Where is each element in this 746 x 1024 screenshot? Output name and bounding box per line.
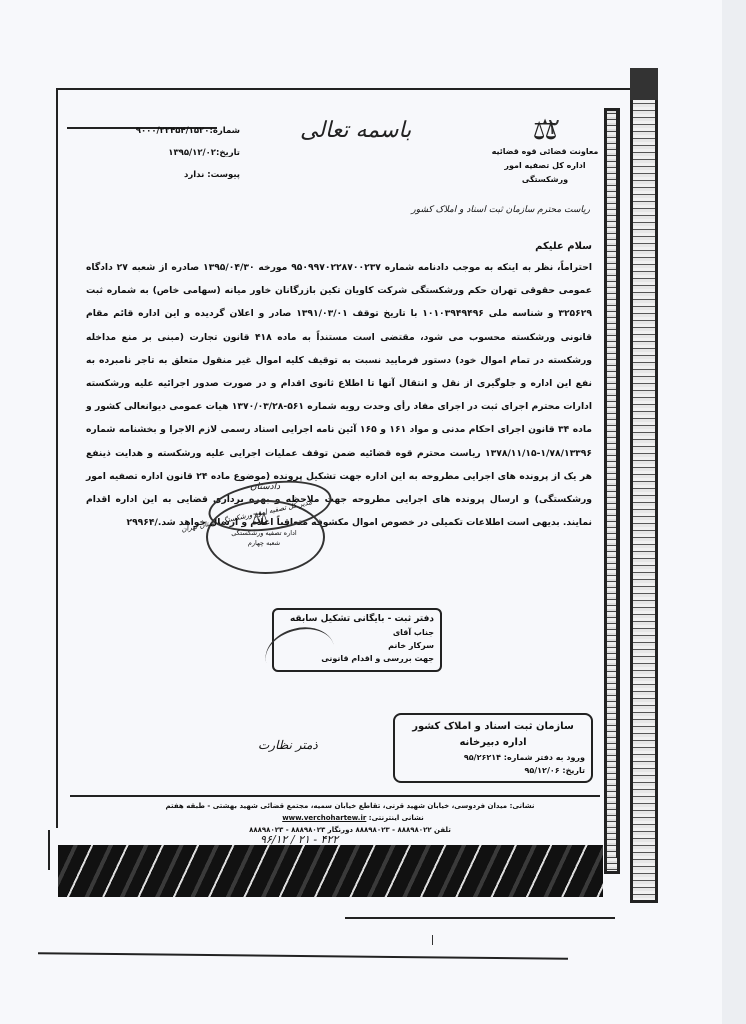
- handwritten-note: ذمتر نظارت: [258, 738, 318, 752]
- scan-line-lower: [38, 952, 568, 960]
- scan-line: [345, 917, 615, 919]
- org-line-2: اداره کل تصفیه امور ورشکستگی: [480, 159, 610, 187]
- margin-rule: [616, 108, 619, 858]
- org-line-1: معاونت قضائی قوه قضائیه: [480, 145, 610, 159]
- footer-phones: تلفن ۸۸۸۹۸۰۲۲ - ۸۸۸۹۸۰۲۳ دورنگار ۸۸۸۹۸۰۲…: [120, 824, 580, 836]
- frame-top-border: [56, 88, 634, 90]
- margin-bar-cap: [630, 68, 658, 100]
- letter-meta: شماره:۹۰۰۰/۲۲۴۵۴/۱۵۲۰ تاریخ:۱۳۹۵/۱۲/۰۲ پ…: [90, 120, 240, 186]
- footer-address: نشانی: میدان فردوسی، خیابان شهید قرنی، ت…: [120, 800, 580, 812]
- letter-body: احتراماً، نظر به اینکه به موجب دادنامه ش…: [86, 256, 592, 534]
- bismillah: باسمه تعالی: [300, 118, 411, 143]
- scan-dark-band: [58, 845, 603, 897]
- letterhead-org: ⚖ معاونت قضائی قوه قضائیه اداره کل تصفیه…: [480, 115, 610, 187]
- right-margin-bar: [630, 100, 658, 903]
- frame-left-border: [56, 88, 58, 828]
- footer-divider: [70, 795, 600, 797]
- footer-web: نشانی اینترنتی: www.verchohartew.ir: [120, 812, 580, 824]
- greeting: سلام علیکم: [420, 241, 592, 252]
- scan-edge: [722, 0, 746, 1024]
- scales-of-justice-icon: ⚖: [480, 115, 610, 145]
- frame-left-border-lower: [48, 830, 50, 870]
- body-paragraph: احتراماً، نظر به اینکه به موجب دادنامه ش…: [86, 256, 592, 534]
- addressee: ریاست محترم سازمان ثبت اسناد و املاک کشو…: [390, 205, 590, 215]
- stamp-scales-icon: ⚖: [252, 508, 268, 529]
- letter-date: تاریخ:۱۳۹۵/۱۲/۰۲: [90, 142, 240, 164]
- letter-attachment: پیوست: ندارد: [90, 164, 240, 186]
- website-link[interactable]: www.verchohartew.ir: [282, 812, 366, 824]
- registration-stamp: سازمان ثبت اسناد و املاک کشور اداره دبیر…: [393, 713, 593, 783]
- scan-tick: [432, 935, 433, 945]
- letter-footer: نشانی: میدان فردوسی، خیابان شهید قرنی، ت…: [120, 800, 580, 836]
- stamp-inner-text: اداره تصفیه ورشکستگی شعبه چهارم: [214, 528, 314, 548]
- letter-number: شماره:۹۰۰۰/۲۲۴۵۴/۱۵۲۰: [90, 120, 240, 142]
- scanned-letter-page: ۲ ⚖ معاونت قضائی قوه قضائیه اداره کل تصف…: [0, 0, 722, 1024]
